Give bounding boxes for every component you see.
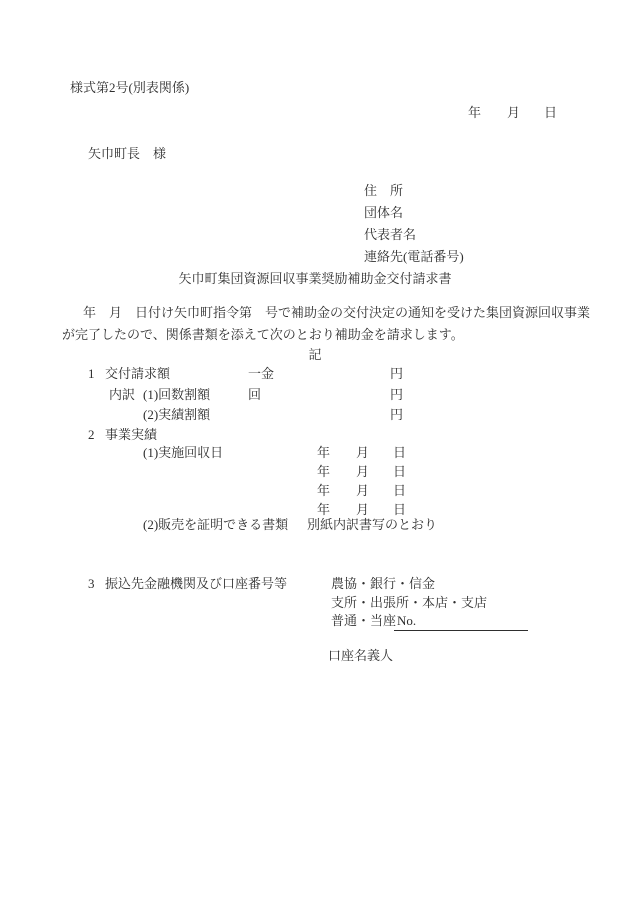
collection-date3-month-label: 月 — [356, 483, 369, 499]
header-date-month-label: 月 — [507, 105, 520, 121]
item3-branch-types: 支所・出張所・本店・支店 — [331, 595, 487, 611]
breakdown-row1-yen-label: 円 — [390, 387, 403, 403]
header-date-day-label: 日 — [544, 105, 557, 121]
collection-date1-day-label: 日 — [393, 445, 406, 461]
collection-date2-month-label: 月 — [356, 464, 369, 480]
item2-row2-value: 別紙内訳書写のとおり — [307, 517, 437, 533]
applicant-representative-label: 代表者名 — [364, 227, 416, 243]
applicant-group-name-label: 団体名 — [364, 205, 403, 221]
account-holder-label: 口座名義人 — [328, 648, 393, 664]
account-number-label: No. — [397, 613, 416, 629]
item1-amount-prefix: 一金 — [248, 366, 274, 382]
item2-label: 事業実績 — [105, 427, 157, 443]
body-paragraph-line2: が完了したので、関係書類を添えて次のとおり補助金を請求します。 — [62, 327, 464, 343]
collection-date1-year-label: 年 — [317, 445, 330, 461]
collection-date2-year-label: 年 — [317, 464, 330, 480]
breakdown-label: 内訳 — [109, 387, 135, 403]
applicant-address-label: 住 所 — [364, 183, 403, 199]
item3-bank-types: 農協・銀行・信金 — [331, 576, 435, 592]
record-mark: 記 — [0, 347, 630, 363]
collection-date4-year-label: 年 — [317, 502, 330, 518]
item2-row1-label: (1)実施回収日 — [143, 445, 223, 461]
breakdown-row2-yen-label: 円 — [390, 407, 403, 423]
item1-number: 1 — [88, 366, 95, 382]
header-date-year-label: 年 — [468, 105, 481, 121]
item3-number: 3 — [88, 576, 95, 592]
collection-date3-year-label: 年 — [317, 483, 330, 499]
collection-date2-day-label: 日 — [393, 464, 406, 480]
collection-date4-day-label: 日 — [393, 502, 406, 518]
item2-number: 2 — [88, 427, 95, 443]
form-number: 様式第2号(別表関係) — [70, 80, 189, 96]
breakdown-row2-label: (2)実績割額 — [143, 407, 210, 423]
applicant-contact-label: 連絡先(電話番号) — [364, 249, 464, 265]
document-page: 様式第2号(別表関係) 年 月 日 矢巾町長 様 住 所 団体名 代表者名 連絡… — [0, 0, 630, 903]
breakdown-row1-unit: 回 — [248, 387, 261, 403]
item1-yen-label: 円 — [390, 366, 403, 382]
account-number-field: No. — [394, 613, 528, 631]
collection-date1-month-label: 月 — [356, 445, 369, 461]
item1-label: 交付請求額 — [105, 366, 170, 382]
item3-label: 振込先金融機関及び口座番号等 — [105, 576, 287, 592]
collection-date4-month-label: 月 — [356, 502, 369, 518]
addressee: 矢巾町長 様 — [88, 146, 166, 162]
collection-date3-day-label: 日 — [393, 483, 406, 499]
item2-row2-label: (2)販売を証明できる書類 — [143, 517, 288, 533]
breakdown-row1-label: (1)回数割額 — [143, 387, 210, 403]
document-title: 矢巾町集団資源回収事業奨励補助金交付請求書 — [0, 271, 630, 287]
item3-account-types: 普通・当座 — [331, 613, 396, 629]
body-paragraph-line1: 年 月 日付け矢巾町指令第 号で補助金の交付決定の通知を受けた集団資源回収事業 — [83, 305, 590, 321]
